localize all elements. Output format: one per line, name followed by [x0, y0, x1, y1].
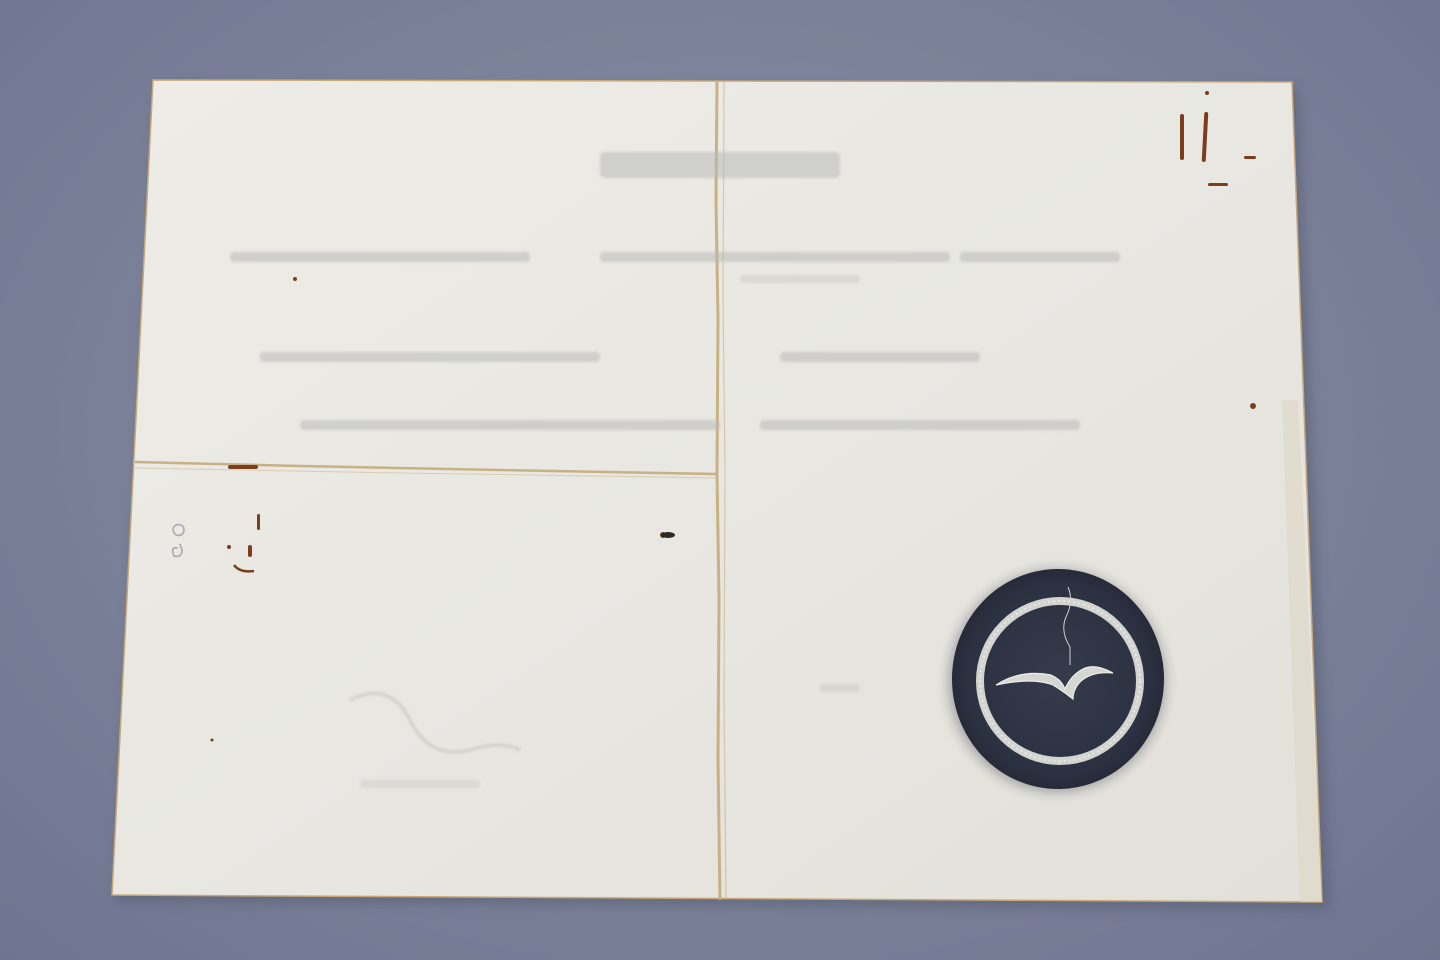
seagull-patch	[949, 569, 1165, 792]
ink-spot	[661, 532, 675, 538]
photo-scene	[0, 0, 1440, 960]
document-photo	[0, 0, 1440, 960]
